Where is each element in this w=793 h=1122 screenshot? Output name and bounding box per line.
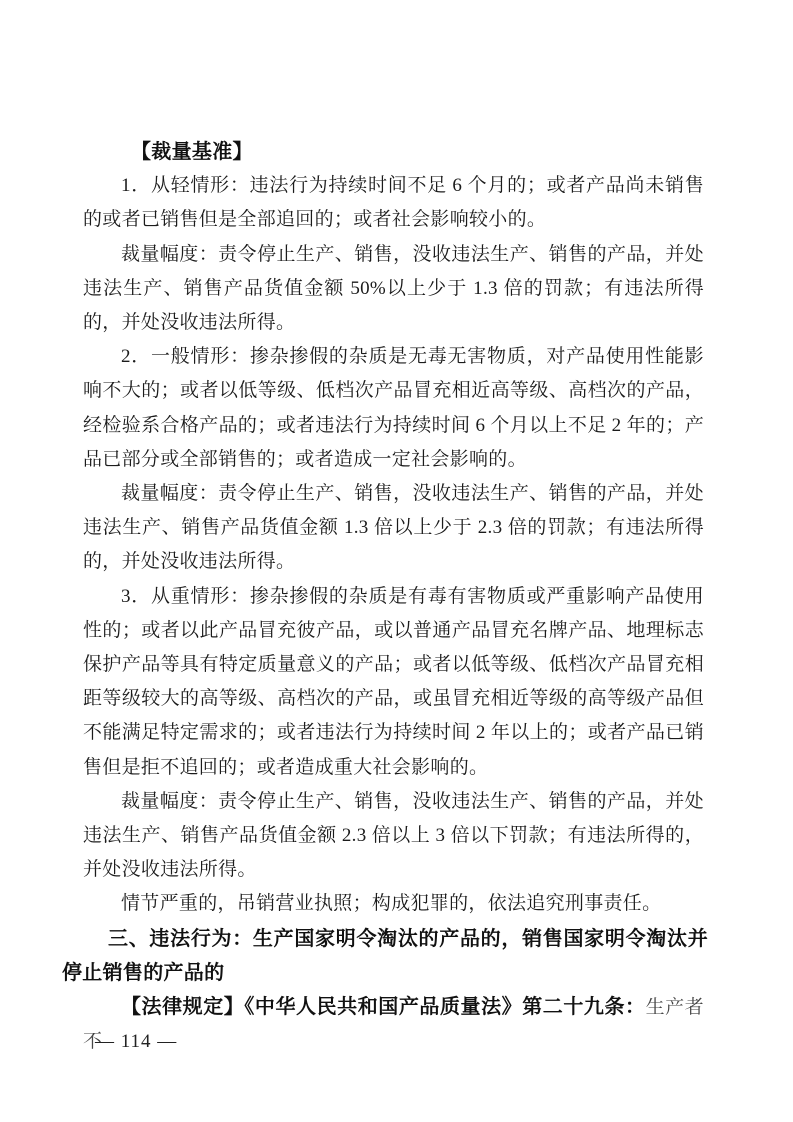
legal-provision-citation: 【法律规定】《中华人民共和国产品质量法》第二十九条： (121, 996, 646, 1018)
para-discretion-range-1: 裁量幅度：责令停止生产、销售，没收违法生产、销售的产品，并处违法生产、销售产品货… (83, 238, 704, 341)
page-number: — 114 — (95, 1031, 177, 1053)
document-body: 【裁量基准】 1．从轻情形：违法行为持续时间不足 6 个月的；或者产品尚未销售的… (83, 135, 704, 1059)
heading-violation-three: 三、违法行为：生产国家明令淘汰的产品的，销售国家明令淘汰并停止销售的产品的 (62, 922, 708, 990)
para-lenient-circumstance: 1．从轻情形：违法行为持续时间不足 6 个月的；或者产品尚未销售的或者已销售但是… (83, 169, 704, 237)
para-general-circumstance: 2．一般情形：掺杂掺假的杂质是无毒无害物质，对产品使用性能影响不大的；或者以低等… (83, 340, 704, 477)
para-discretion-range-2: 裁量幅度：责令停止生产、销售，没收违法生产、销售的产品，并处违法生产、销售产品货… (83, 477, 704, 580)
heading-discretion-criteria: 【裁量基准】 (83, 135, 704, 169)
para-aggravated-circumstance: 3．从重情形：掺杂掺假的杂质是有毒有害物质或严重影响产品使用性的；或者以此产品冒… (83, 580, 704, 785)
document-page: 【裁量基准】 1．从轻情形：违法行为持续时间不足 6 个月的；或者产品尚未销售的… (0, 0, 793, 1122)
para-serious-consequence: 情节严重的，吊销营业执照；构成犯罪的，依法追究刑事责任。 (83, 887, 704, 921)
para-discretion-range-3: 裁量幅度：责令停止生产、销售，没收违法生产、销售的产品，并处违法生产、销售产品货… (83, 785, 704, 888)
